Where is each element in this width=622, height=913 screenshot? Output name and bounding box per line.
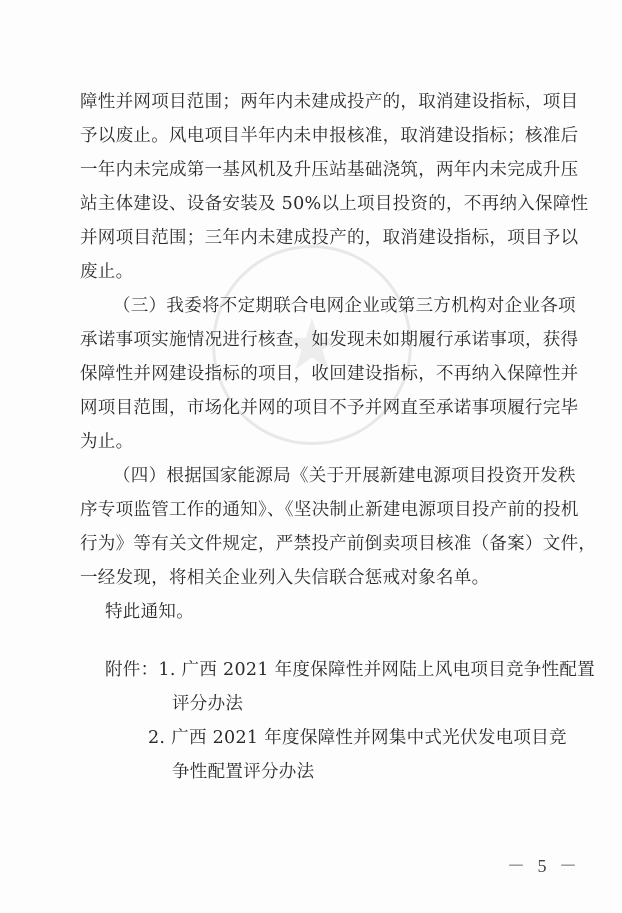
body-text-line: 行为》等有关文件规定，严禁投产前倒卖项目核准（备案）文件， bbox=[80, 533, 596, 555]
attachment-line: 附件：1. 广西 2021 年度保障性并网陆上风电项目竞争性配置 bbox=[105, 659, 595, 681]
body-text-line: 障性并网项目范围；两年内未建成投产的，取消建设指标，项目 bbox=[80, 91, 578, 113]
body-text-line: 一年内未完成第一基风机及升压站基础浇筑，两年内未完成升压 bbox=[80, 159, 578, 181]
body-text-line: 并网项目范围；三年内未建成投产的，取消建设指标，项目予以 bbox=[80, 227, 578, 249]
body-text-line: 一经发现，将相关企业列入失信联合惩戒对象名单。 bbox=[80, 567, 489, 589]
body-text-line: 为止。 bbox=[80, 431, 133, 453]
body-text-line: 予以废止。风电项目半年内未申报核准，取消建设指标；核准后 bbox=[80, 125, 578, 147]
body-text-line: 废止。 bbox=[80, 261, 133, 283]
body-text-line: 序专项监管工作的通知》、《坚决制止新建电源项目投产前的投机 bbox=[80, 499, 579, 521]
body-text-line: 网项目范围，市场化并网的项目不予并网直至承诺事项履行完毕 bbox=[80, 397, 578, 419]
attachment-line: 2. 广西 2021 年度保障性并网集中式光伏发电项目竞 bbox=[148, 727, 567, 749]
body-text-line: 特此通知。 bbox=[105, 601, 194, 623]
body-text-line: （四）根据国家能源局《关于开展新建电源项目投资开发秩 bbox=[113, 465, 576, 487]
page-number: － 5 － bbox=[507, 852, 581, 878]
body-text-line: 站主体建设、设备安装及 50%以上项目投资的，不再纳入保障性 bbox=[80, 193, 588, 215]
attachment-line: 评分办法 bbox=[172, 693, 243, 715]
body-text-line: 保障性并网建设指标的项目，收回建设指标，不再纳入保障性并 bbox=[80, 363, 578, 385]
body-text-line: 承诺事项实施情况进行核查，如发现未如期履行承诺事项，获得 bbox=[80, 329, 578, 351]
attachment-line: 争性配置评分办法 bbox=[172, 761, 314, 783]
body-text-line: （三）我委将不定期联合电网企业或第三方机构对企业各项 bbox=[113, 295, 576, 317]
document-page: ★ 障性并网项目范围；两年内未建成投产的，取消建设指标，项目予以废止。风电项目半… bbox=[0, 0, 622, 913]
